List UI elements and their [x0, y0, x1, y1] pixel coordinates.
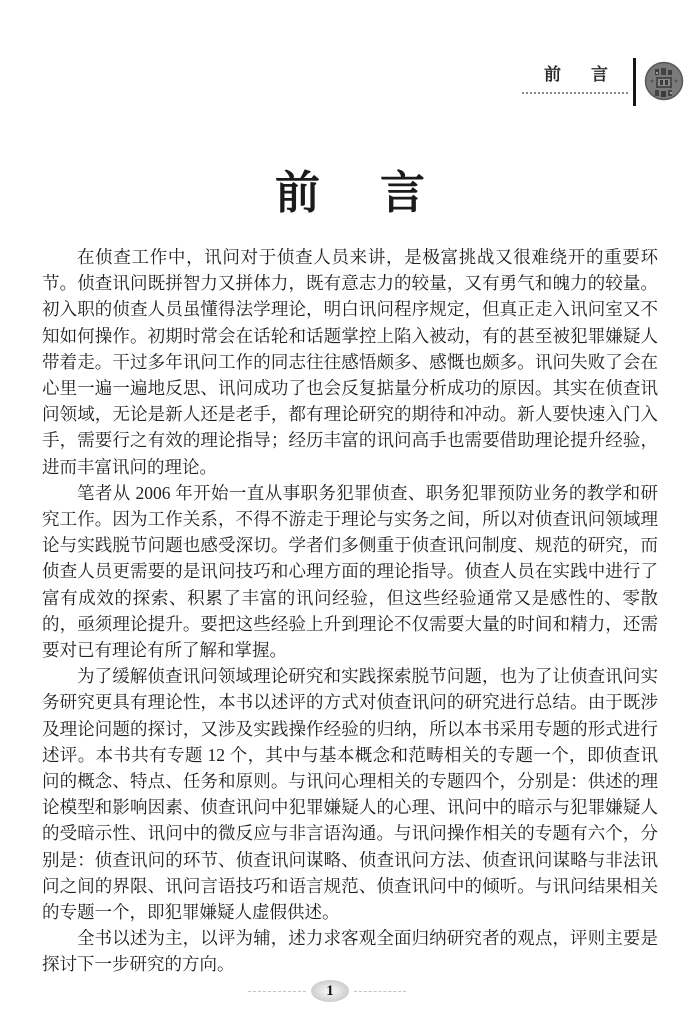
running-title: 前言 — [522, 60, 630, 85]
paragraph-2: 笔者从 2006 年开始一直从事职务犯罪侦查、职务犯罪预防业务的教学和研究工作。… — [42, 480, 658, 663]
page-number-badge: 1 — [311, 980, 349, 1002]
page-number: 1 — [326, 983, 334, 1000]
running-title-block: 前言 — [522, 58, 630, 94]
book-page: 前言 — [0, 0, 700, 1036]
footer-dash-right — [354, 991, 406, 992]
header-dotted-rule — [522, 92, 628, 94]
footer-dash-left — [248, 991, 306, 992]
collection-stamp-icon — [643, 59, 685, 110]
page-header: 前言 — [522, 58, 685, 110]
paragraph-4: 全书以述为主，以评为辅，述力求客观全面归纳研究者的观点，评则主要是探讨下一步研究… — [42, 925, 658, 977]
running-title-text: 前言 — [544, 65, 638, 84]
preface-body: 在侦查工作中，讯问对于侦查人员来讲，是极富挑战又很难绕开的重要环节。侦查讯问既拼… — [42, 244, 658, 978]
paragraph-3: 为了缓解侦查讯问领域理论研究和实践探索脱节问题，也为了让侦查讯问实务研究更具有理… — [42, 663, 658, 925]
chapter-title-text: 前言 — [275, 167, 485, 218]
paragraph-1: 在侦查工作中，讯问对于侦查人员来讲，是极富挑战又很难绕开的重要环节。侦查讯问既拼… — [42, 244, 658, 480]
page-footer: 1 — [248, 980, 406, 1002]
header-vertical-rule — [633, 58, 636, 106]
chapter-title: 前言 — [0, 156, 700, 221]
